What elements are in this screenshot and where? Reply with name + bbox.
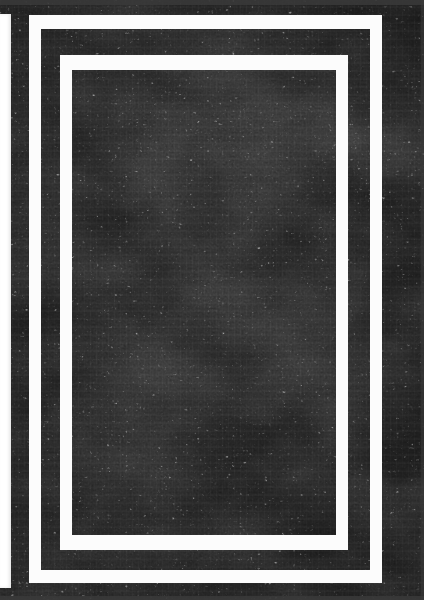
rug-grain-texture	[0, 0, 424, 600]
rug-product-photo	[0, 0, 424, 600]
white-background-sliver	[0, 14, 11, 588]
rug	[0, 0, 424, 600]
